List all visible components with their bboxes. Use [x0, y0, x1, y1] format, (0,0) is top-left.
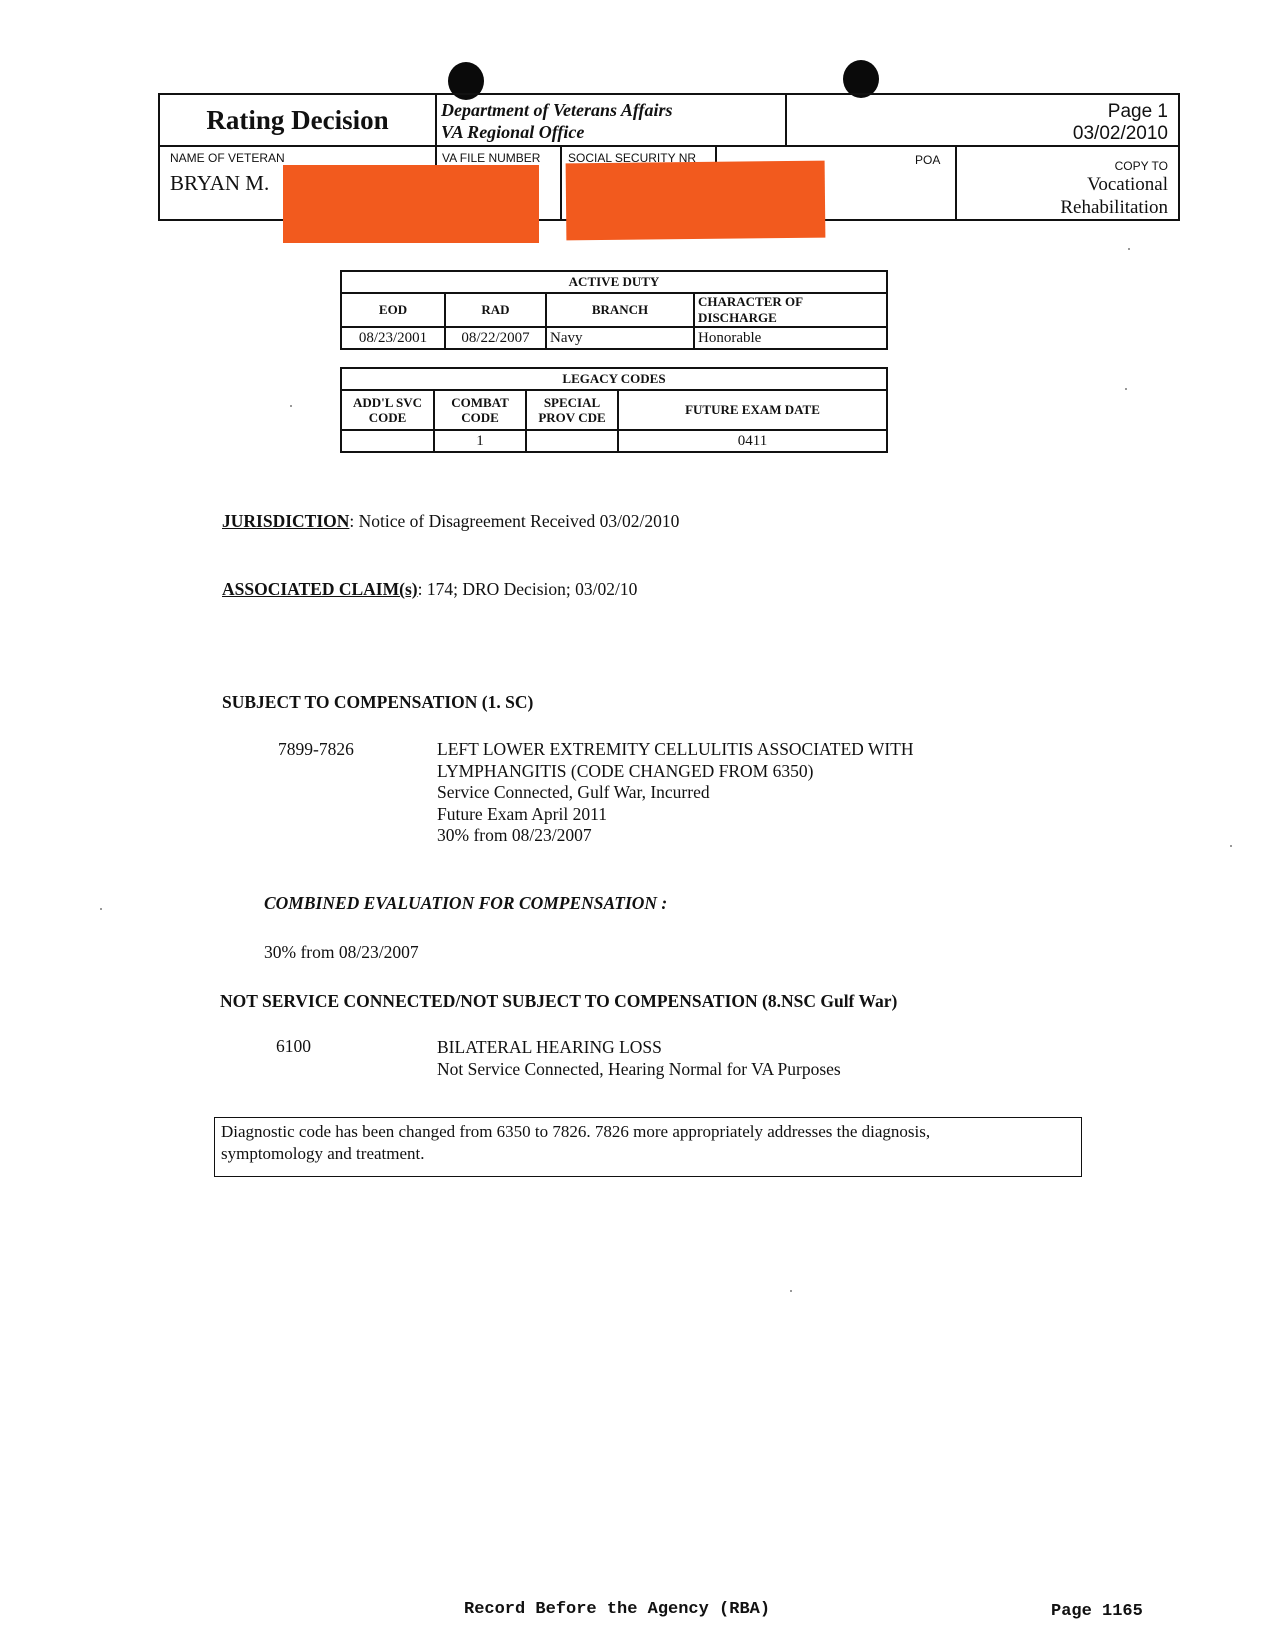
- copy-to-value-line2: Rehabilitation: [1060, 196, 1168, 219]
- sc-code: 7899-7826: [278, 739, 354, 760]
- not-service-connected-heading: NOT SERVICE CONNECTED/NOT SUBJECT TO COM…: [220, 991, 897, 1012]
- name-of-veteran-label: NAME OF VETERAN: [170, 151, 285, 165]
- branch-value: Navy: [546, 327, 694, 349]
- col-addl-svc-code: ADD'L SVC CODE: [341, 390, 434, 430]
- va-file-number-label: VA FILE NUMBER: [442, 151, 540, 165]
- department-block: Department of Veterans Affairs VA Region…: [441, 99, 673, 143]
- page-date-block: Page 1 03/02/2010: [1073, 101, 1168, 145]
- legacy-codes-table: LEGACY CODES ADD'L SVC CODE COMBAT CODE …: [340, 367, 888, 453]
- document-title: Rating Decision: [160, 95, 435, 145]
- footer-page-number: Page 1165: [1051, 1602, 1143, 1621]
- special-prov-cde-value: [526, 430, 618, 452]
- col-branch: BRANCH: [546, 293, 694, 327]
- col-eod: EOD: [341, 293, 445, 327]
- associated-claims-label: ASSOCIATED CLAIM(s): [222, 579, 418, 599]
- scan-speck: [100, 908, 102, 910]
- col-rad: RAD: [445, 293, 546, 327]
- scan-speck: [1128, 248, 1130, 250]
- decision-date: 03/02/2010: [1073, 123, 1168, 145]
- regional-office: VA Regional Office: [441, 121, 673, 143]
- combined-evaluation-heading: COMBINED EVALUATION FOR COMPENSATION :: [264, 893, 667, 914]
- rad-value: 08/22/2007: [445, 327, 546, 349]
- footer-record-label: Record Before the Agency (RBA): [464, 1600, 770, 1619]
- copy-to-block: COPY TO Vocational Rehabilitation: [1060, 159, 1168, 219]
- scan-speck: [790, 1290, 792, 1292]
- redaction-ssn: [566, 161, 826, 241]
- legacy-codes-caption: LEGACY CODES: [341, 368, 887, 390]
- addl-svc-code-value: [341, 430, 434, 452]
- active-duty-caption: ACTIVE DUTY: [341, 271, 887, 293]
- nsc-details: BILATERAL HEARING LOSS Not Service Conne…: [437, 1036, 841, 1080]
- associated-claims-line: ASSOCIATED CLAIM(s): 174; DRO Decision; …: [222, 579, 637, 600]
- nsc-code: 6100: [276, 1036, 311, 1057]
- scan-speck: [290, 405, 292, 407]
- copy-to-label: COPY TO: [1060, 159, 1168, 173]
- jurisdiction-text: : Notice of Disagreement Received 03/02/…: [349, 511, 679, 531]
- table-row: 1 0411: [341, 430, 887, 452]
- subject-to-compensation-heading: SUBJECT TO COMPENSATION (1. SC): [222, 692, 533, 713]
- eod-value: 08/23/2001: [341, 327, 445, 349]
- sc-line-1: LEFT LOWER EXTREMITY CELLULITIS ASSOCIAT…: [437, 739, 914, 761]
- combat-code-value: 1: [434, 430, 526, 452]
- col-character-of-discharge: CHARACTER OF DISCHARGE: [694, 293, 887, 327]
- col-future-exam-date: FUTURE EXAM DATE: [618, 390, 887, 430]
- redaction-name-file: [283, 165, 539, 243]
- future-exam-date-value: 0411: [618, 430, 887, 452]
- sc-line-2: LYMPHANGITIS (CODE CHANGED FROM 6350): [437, 761, 914, 783]
- sc-line-4: Future Exam April 2011: [437, 804, 914, 826]
- copy-to-value-line1: Vocational: [1060, 173, 1168, 196]
- combined-evaluation-value: 30% from 08/23/2007: [264, 942, 419, 963]
- page-number: Page 1: [1073, 101, 1168, 123]
- veteran-name: BRYAN M.: [170, 171, 269, 196]
- note-line-1: Diagnostic code has been changed from 63…: [221, 1121, 1075, 1143]
- diagnostic-code-note: Diagnostic code has been changed from 63…: [214, 1117, 1082, 1177]
- active-duty-table: ACTIVE DUTY EOD RAD BRANCH CHARACTER OF …: [340, 270, 888, 350]
- col-special-prov-cde: SPECIAL PROV CDE: [526, 390, 618, 430]
- col-combat-code: COMBAT CODE: [434, 390, 526, 430]
- nsc-line-1: BILATERAL HEARING LOSS: [437, 1036, 841, 1058]
- associated-claims-text: : 174; DRO Decision; 03/02/10: [418, 579, 638, 599]
- jurisdiction-label: JURISDICTION: [222, 511, 349, 531]
- sc-details: LEFT LOWER EXTREMITY CELLULITIS ASSOCIAT…: [437, 739, 914, 847]
- scan-speck: [1125, 388, 1127, 390]
- note-line-2: symptomology and treatment.: [221, 1143, 1075, 1165]
- sc-line-3: Service Connected, Gulf War, Incurred: [437, 782, 914, 804]
- nsc-line-2: Not Service Connected, Hearing Normal fo…: [437, 1058, 841, 1080]
- poa-label: POA: [915, 153, 940, 167]
- jurisdiction-line: JURISDICTION: Notice of Disagreement Rec…: [222, 511, 679, 532]
- scan-speck: [1230, 845, 1232, 847]
- discharge-value: Honorable: [694, 327, 887, 349]
- department-name: Department of Veterans Affairs: [441, 99, 673, 121]
- table-row: 08/23/2001 08/22/2007 Navy Honorable: [341, 327, 887, 349]
- sc-line-5: 30% from 08/23/2007: [437, 825, 914, 847]
